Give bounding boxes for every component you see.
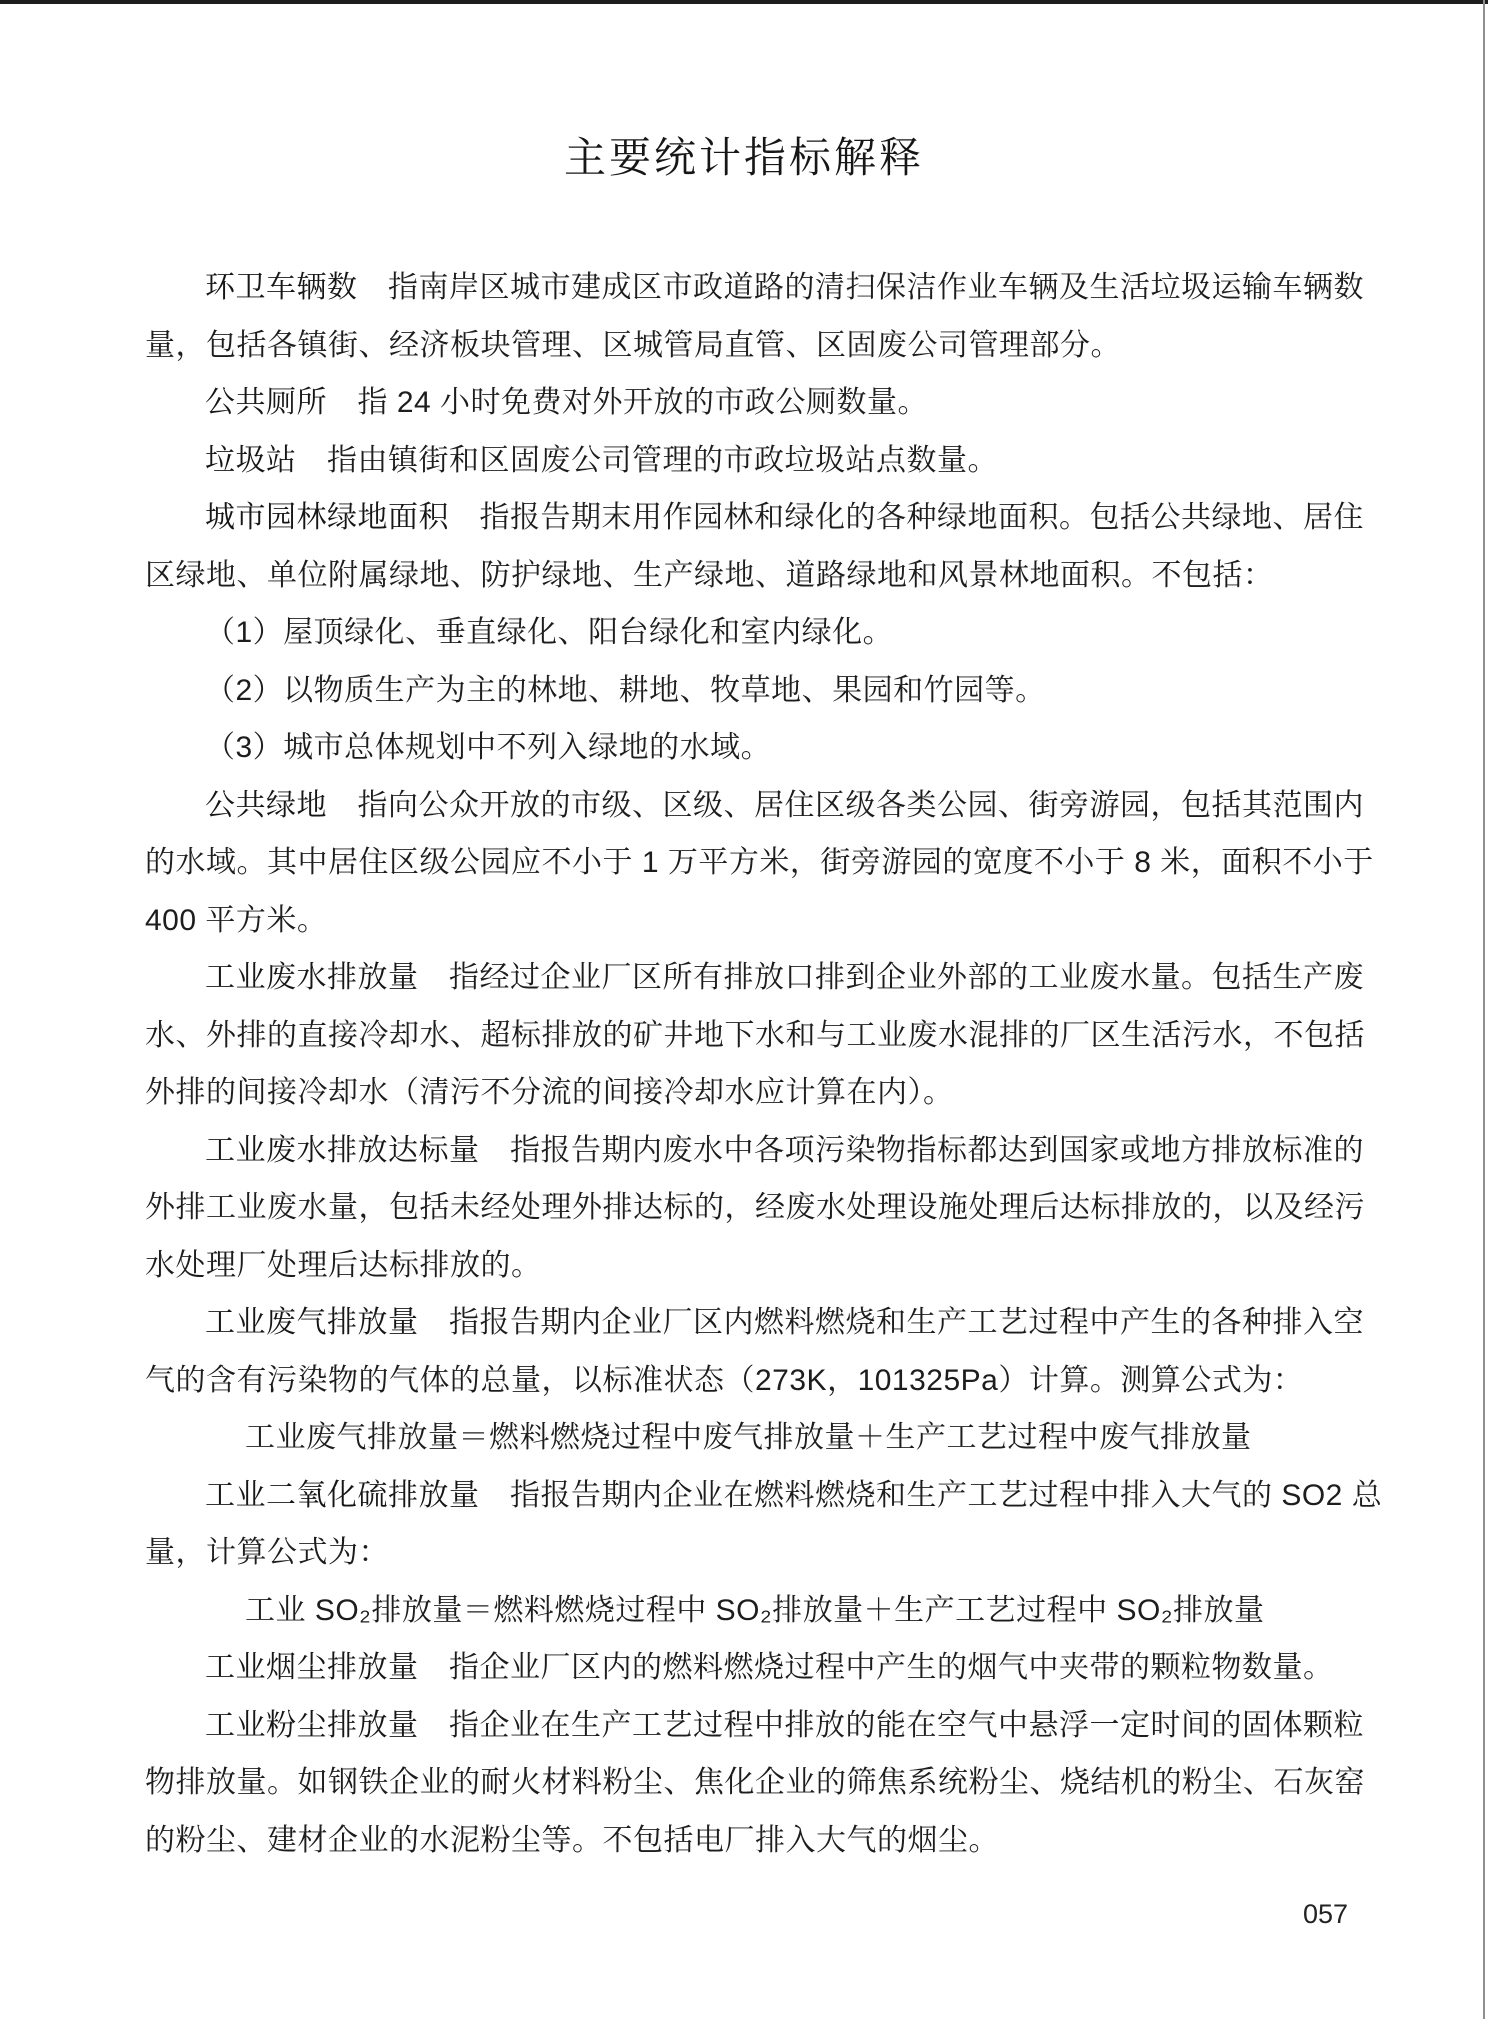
text-line: 水处理厂处理后达标排放的。 — [145, 1237, 1363, 1295]
indicator-term: 公共绿地 — [205, 789, 327, 822]
text-line: 工业废气排放量 指报告期内企业厂区内燃料燃烧和生产工艺过程中产生的各种排入空 — [145, 1294, 1363, 1352]
text-line: 水、外排的直接冷却水、超标排放的矿井地下水和与工业废水混排的厂区生活污水，不包括 — [145, 1007, 1363, 1065]
text-line: （1）屋顶绿化、垂直绿化、阳台绿化和室内绿化。 — [145, 604, 1363, 662]
text-line: 外排的间接冷却水（清污不分流的间接冷却水应计算在内）。 — [145, 1064, 1363, 1122]
text-line: 的水域。其中居住区级公园应不小于 1 万平方米，街旁游园的宽度不小于 8 米，面… — [145, 834, 1363, 892]
indicator-term: 工业烟尘排放量 — [205, 1651, 419, 1684]
text-line: 工业粉尘排放量 指企业在生产工艺过程中排放的能在空气中悬浮一定时间的固体颗粒 — [145, 1697, 1363, 1755]
text-line: 工业废水排放量 指经过企业厂区所有排放口排到企业外部的工业废水量。包括生产废 — [145, 949, 1363, 1007]
text-line: 公共厕所 指 24 小时免费对外开放的市政公厕数量。 — [145, 374, 1363, 432]
text-line: 区绿地、单位附属绿地、防护绿地、生产绿地、道路绿地和风景林地面积。不包括： — [145, 547, 1363, 605]
text-line: 城市园林绿地面积 指报告期末用作园林和绿化的各种绿地面积。包括公共绿地、居住 — [145, 489, 1363, 547]
indicator-term: 工业二氧化硫排放量 — [205, 1479, 480, 1512]
indicator-term: 城市园林绿地面积 — [205, 501, 449, 534]
text-line: 气的含有污染物的气体的总量，以标准状态（273K，101325Pa）计算。测算公… — [145, 1352, 1363, 1410]
page-right-edge-line — [1483, 0, 1485, 2019]
text-line: 工业 SO₂排放量＝燃料燃烧过程中 SO₂排放量＋生产工艺过程中 SO₂排放量 — [145, 1582, 1363, 1640]
indicator-term: 垃圾站 — [205, 444, 297, 477]
indicator-term: 工业废水排放达标量 — [205, 1134, 480, 1167]
text-line: 量，计算公式为： — [145, 1524, 1363, 1582]
indicator-term: 工业粉尘排放量 — [205, 1709, 419, 1742]
text-line: （2）以物质生产为主的林地、耕地、牧草地、果园和竹园等。 — [145, 662, 1363, 720]
text-line: 公共绿地 指向公众开放的市级、区级、居住区级各类公园、街旁游园，包括其范围内 — [145, 777, 1363, 835]
body-text: 环卫车辆数 指南岸区城市建成区市政道路的清扫保洁作业车辆及生活垃圾运输车辆数量，… — [145, 259, 1363, 1869]
text-line: 工业二氧化硫排放量 指报告期内企业在燃料燃烧和生产工艺过程中排入大气的 SO2 … — [145, 1467, 1363, 1525]
text-line: 的粉尘、建材企业的水泥粉尘等。不包括电厂排入大气的烟尘。 — [145, 1812, 1363, 1870]
text-line: 垃圾站 指由镇街和区固废公司管理的市政垃圾站点数量。 — [145, 432, 1363, 490]
text-line: 工业废气排放量＝燃料燃烧过程中废气排放量＋生产工艺过程中废气排放量 — [145, 1409, 1363, 1467]
text-line: 400 平方米。 — [145, 892, 1363, 950]
text-line: 工业烟尘排放量 指企业厂区内的燃料燃烧过程中产生的烟气中夹带的颗粒物数量。 — [145, 1639, 1363, 1697]
text-line: 外排工业废水量，包括未经处理外排达标的，经废水处理设施处理后达标排放的，以及经污 — [145, 1179, 1363, 1237]
text-line: （3）城市总体规划中不列入绿地的水域。 — [145, 719, 1363, 777]
indicator-term: 工业废水排放量 — [205, 961, 419, 994]
text-line: 环卫车辆数 指南岸区城市建成区市政道路的清扫保洁作业车辆及生活垃圾运输车辆数 — [145, 259, 1363, 317]
page-title: 主要统计指标解释 — [0, 134, 1488, 182]
page-top-border — [0, 0, 1488, 4]
text-line: 工业废水排放达标量 指报告期内废水中各项污染物指标都达到国家或地方排放标准的 — [145, 1122, 1363, 1180]
indicator-term: 环卫车辆数 — [205, 271, 358, 304]
page-number: 057 — [1303, 1898, 1348, 1930]
indicator-term: 工业废气排放量 — [205, 1306, 419, 1339]
text-line: 物排放量。如钢铁企业的耐火材料粉尘、焦化企业的筛焦系统粉尘、烧结机的粉尘、石灰窑 — [145, 1754, 1363, 1812]
indicator-term: 公共厕所 — [205, 386, 327, 419]
document-page: 主要统计指标解释 环卫车辆数 指南岸区城市建成区市政道路的清扫保洁作业车辆及生活… — [0, 0, 1488, 2019]
text-line: 量，包括各镇街、经济板块管理、区城管局直管、区固废公司管理部分。 — [145, 317, 1363, 375]
